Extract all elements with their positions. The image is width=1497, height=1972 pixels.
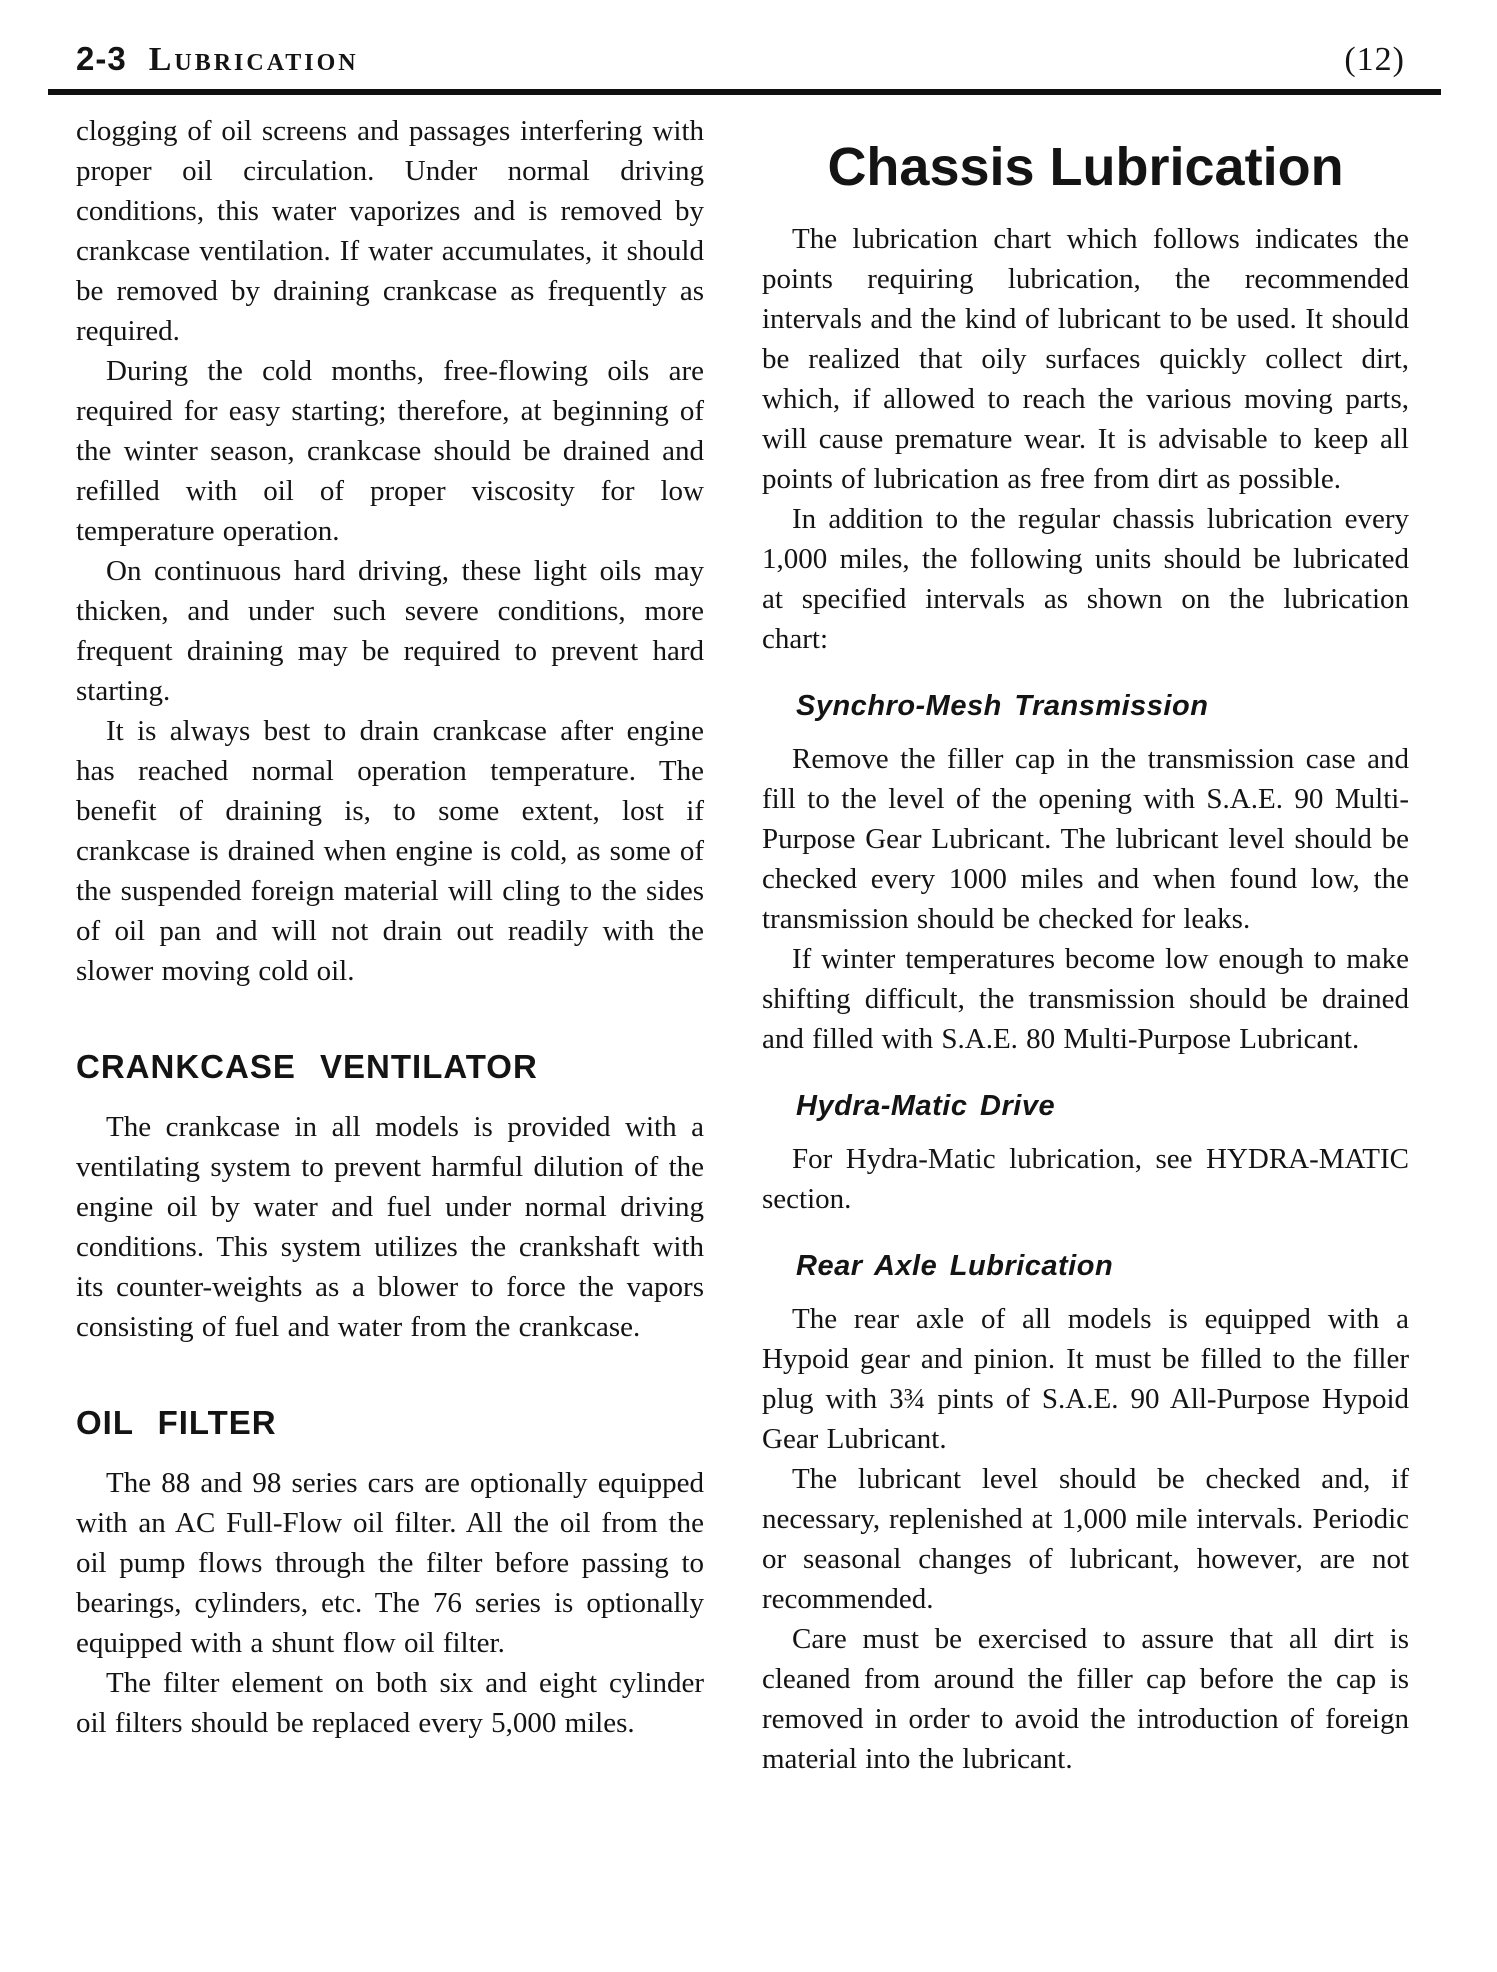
paragraph-rear-axle: The rear axle of all models is equipped … — [762, 1299, 1409, 1459]
paragraph-oil-filter-series: The 88 and 98 series cars are optionally… — [76, 1463, 704, 1663]
left-column: clogging of oil screens and passages int… — [76, 111, 704, 1779]
paragraph-winter-transmission: If winter temperatures become low enough… — [762, 939, 1409, 1059]
paragraph-transmission-filler: Remove the filler cap in the transmissio… — [762, 739, 1409, 939]
manual-page: 2-3 Lubrication (12) clogging of oil scr… — [0, 0, 1497, 1972]
section-number: 2-3 — [76, 40, 127, 78]
paragraph-filler-cap-care: Care must be exercised to assure that al… — [762, 1619, 1409, 1779]
paragraph-filter-element: The filter element on both six and eight… — [76, 1663, 704, 1743]
subheading-rear-axle-lubrication: Rear Axle Lubrication — [796, 1249, 1409, 1283]
paragraph-crankcase-ventilator: The crankcase in all models is provided … — [76, 1107, 704, 1347]
section-heading-crankcase-ventilator: CRANKCASE VENTILATOR — [76, 1049, 704, 1085]
subheading-synchro-mesh-transmission: Synchro-Mesh Transmission — [796, 689, 1409, 723]
right-column: Chassis Lubrication The lubrication char… — [762, 111, 1409, 1779]
article-title: Chassis Lubrication — [762, 137, 1409, 197]
paragraph-hard-driving: On continuous hard driving, these light … — [76, 551, 704, 711]
running-head-left: 2-3 Lubrication — [76, 40, 359, 79]
paragraph-lubricant-level: The lubricant level should be checked an… — [762, 1459, 1409, 1619]
paragraph-chassis-intervals: In addition to the regular chassis lubri… — [762, 499, 1409, 659]
subheading-hydra-matic-drive: Hydra-Matic Drive — [796, 1089, 1409, 1123]
section-heading-oil-filter: OIL FILTER — [76, 1405, 704, 1441]
running-head: 2-3 Lubrication (12) — [76, 40, 1409, 79]
header-rule — [48, 89, 1441, 95]
section-title: Lubrication — [149, 41, 359, 79]
page-number: (12) — [1344, 41, 1405, 79]
paragraph-oil-circulation: clogging of oil screens and passages int… — [76, 111, 704, 351]
paragraph-cold-months: During the cold months, free-flowing oil… — [76, 351, 704, 551]
paragraph-drain-crankcase: It is always best to drain crankcase aft… — [76, 711, 704, 991]
paragraph-lubrication-chart: The lubrication chart which follows indi… — [762, 219, 1409, 499]
paragraph-hydra-matic: For Hydra-Matic lubrication, see HYDRA-M… — [762, 1139, 1409, 1219]
two-column-layout: clogging of oil screens and passages int… — [76, 111, 1409, 1779]
